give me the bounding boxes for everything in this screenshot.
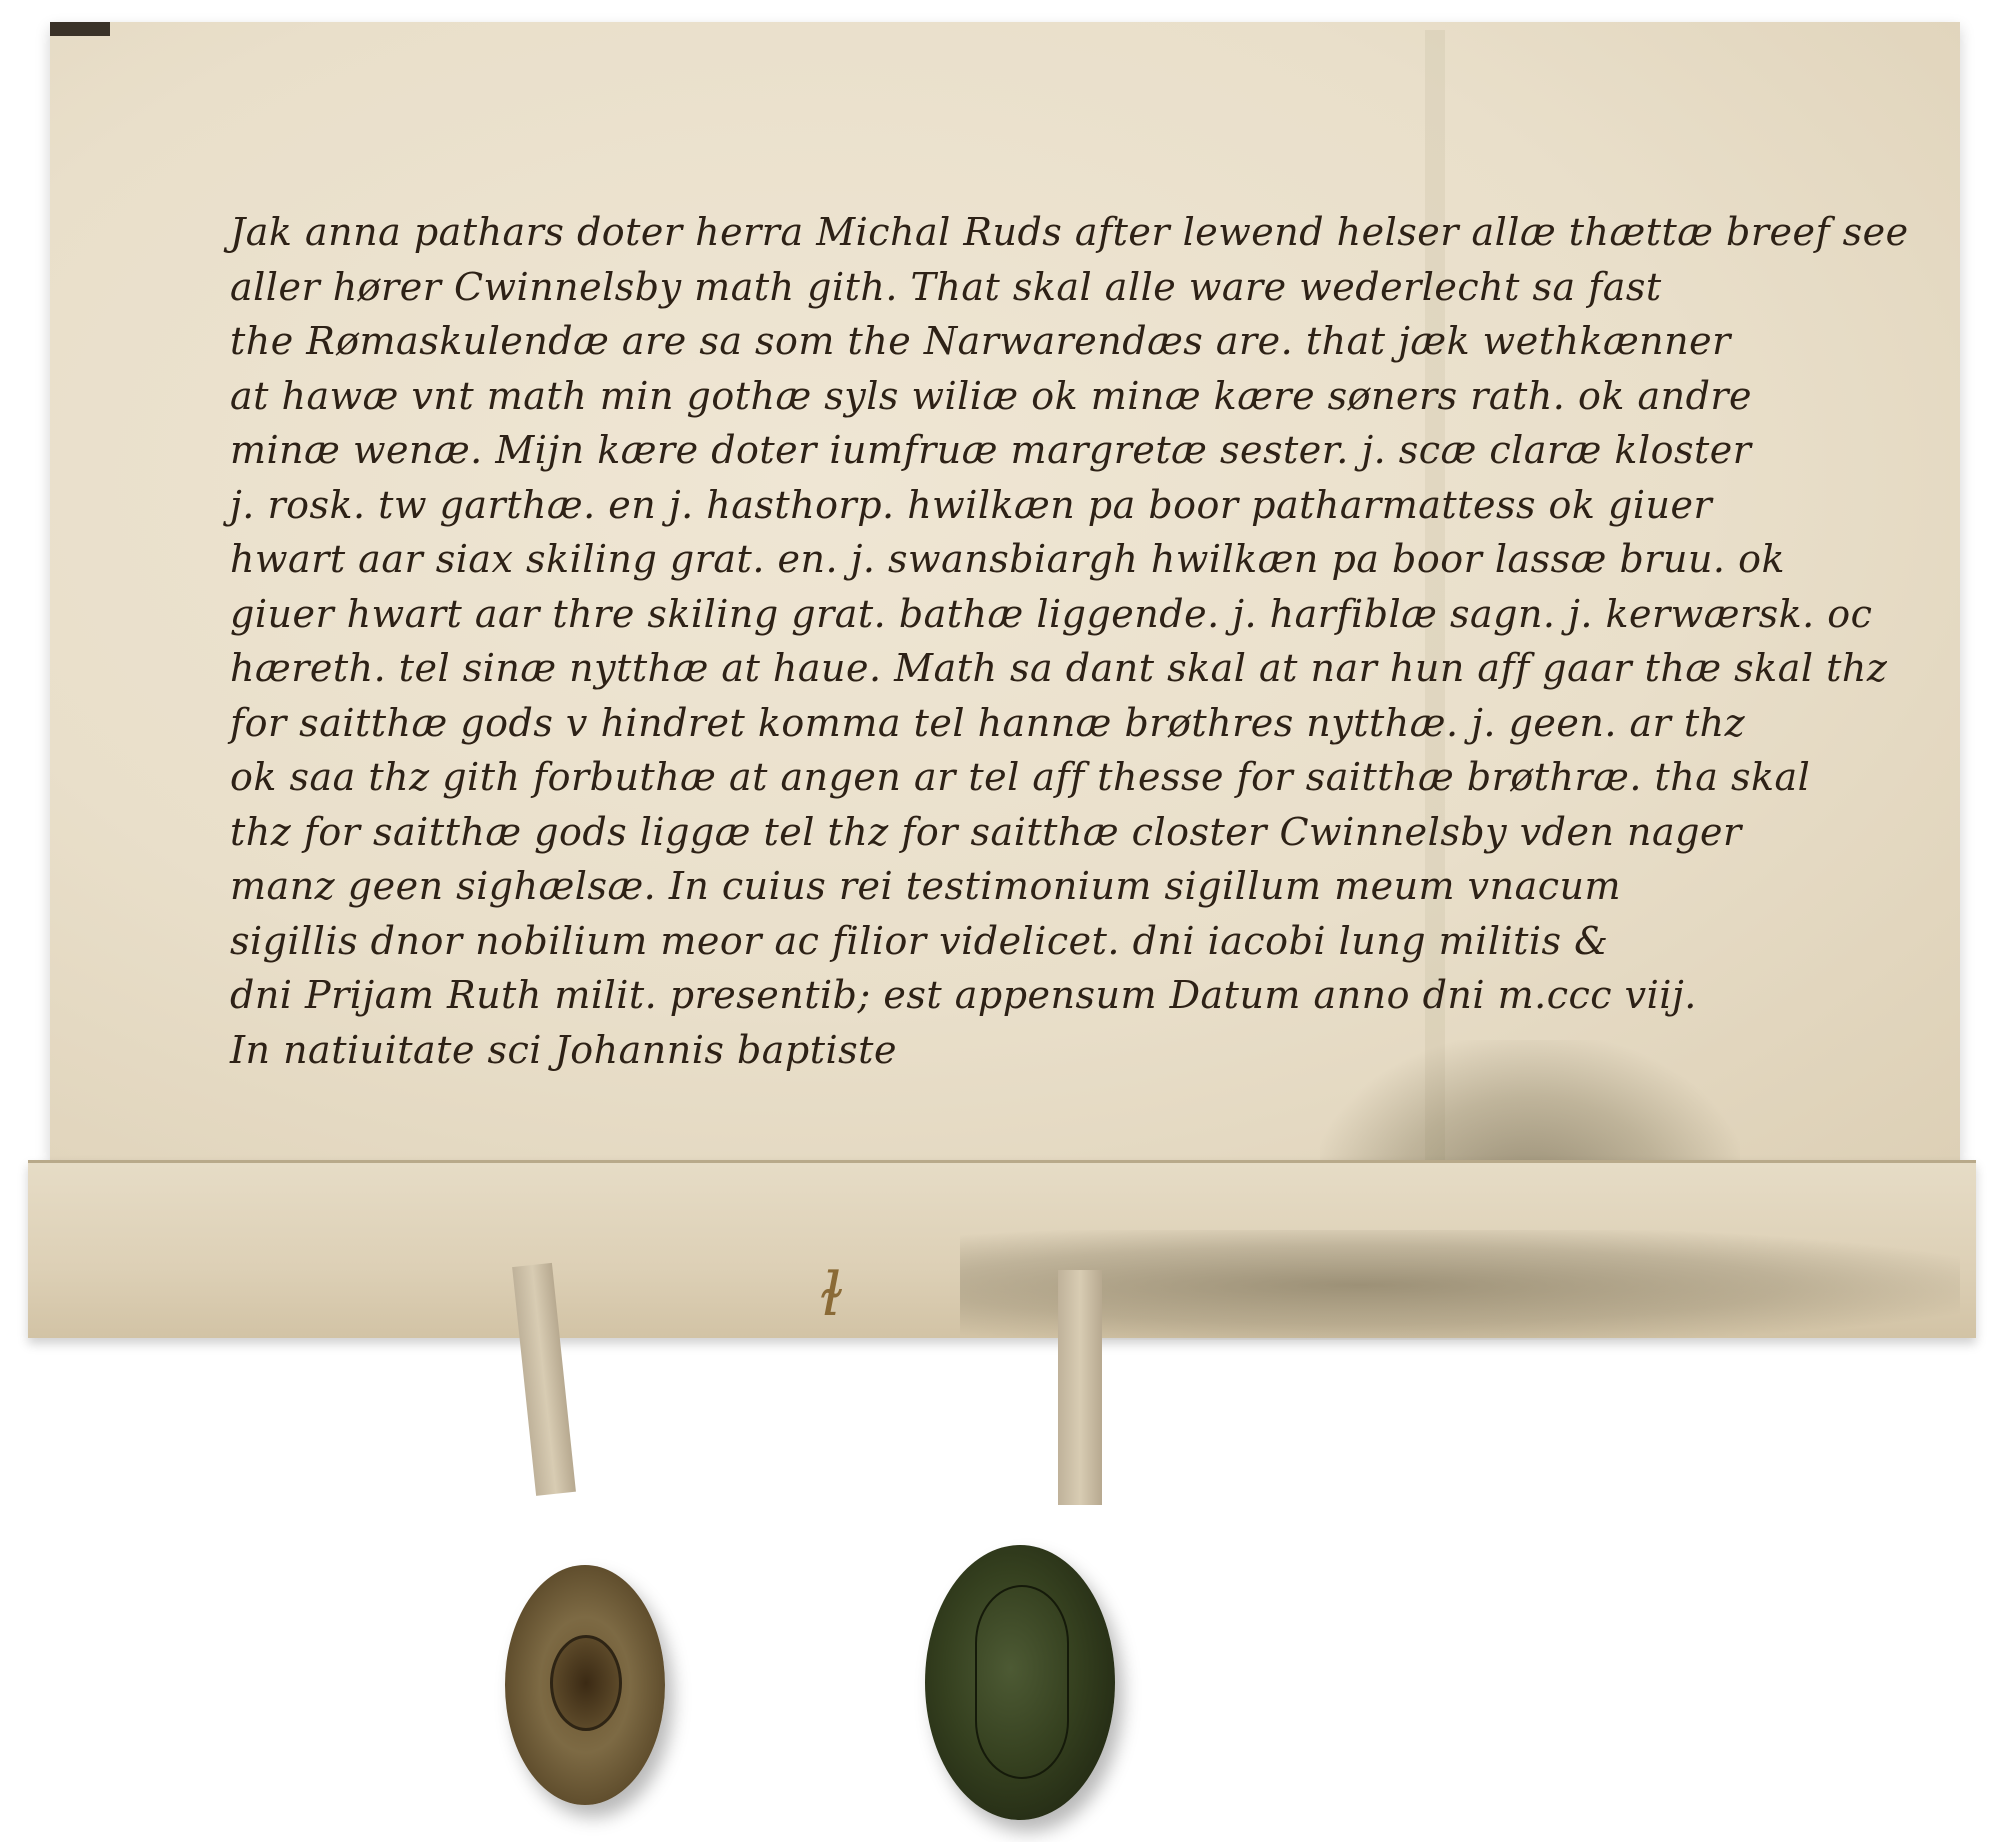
text-line: In natiuitate sci Johannis baptiste [230, 1023, 1790, 1078]
fold-stain [960, 1230, 1960, 1340]
text-line: j. rosk. tw garthæ. en j. hasthorp. hwil… [230, 478, 1790, 533]
text-line: minæ wenæ. Mijn kære doter iumfruæ margr… [230, 423, 1790, 478]
text-line: aller hører Cwinnelsby math gith. That s… [230, 260, 1790, 315]
seal-tag-right [1058, 1270, 1102, 1505]
text-line: hwart aar siax skiling grat. en. j. swan… [230, 532, 1790, 587]
text-line: ok saa thz gith forbuthæ at angen ar tel… [230, 750, 1790, 805]
corner-mark [50, 22, 110, 36]
charter-text: Jak anna pathars doter herra Michal Ruds… [230, 205, 1790, 1077]
text-line: thz for saitthæ gods liggæ tel thz for s… [230, 805, 1790, 860]
wax-seal-left [505, 1565, 665, 1805]
text-line: Jak anna pathars doter herra Michal Ruds… [230, 205, 1790, 260]
text-line: hæreth. tel sinæ nytthæ at haue. Math sa… [230, 641, 1790, 696]
wax-seal-right [925, 1545, 1115, 1820]
shield-emblem-icon [550, 1635, 622, 1731]
text-line: at hawæ vnt math min gothæ syls wiliæ ok… [230, 369, 1790, 424]
heraldic-emblem-icon [975, 1585, 1069, 1779]
text-line: manz geen sighælsæ. In cuius rei testimo… [230, 859, 1790, 914]
text-line: the Rømaskulendæ are sa som the Narwaren… [230, 314, 1790, 369]
notary-mark: ɫ [820, 1260, 843, 1330]
text-line: giuer hwart aar thre skiling grat. bathæ… [230, 587, 1790, 642]
text-line: dni Prijam Ruth milit. presentib; est ap… [230, 968, 1790, 1023]
text-line: sigillis dnor nobilium meor ac filior vi… [230, 914, 1790, 969]
text-line: for saitthæ gods v hindret komma tel han… [230, 696, 1790, 751]
